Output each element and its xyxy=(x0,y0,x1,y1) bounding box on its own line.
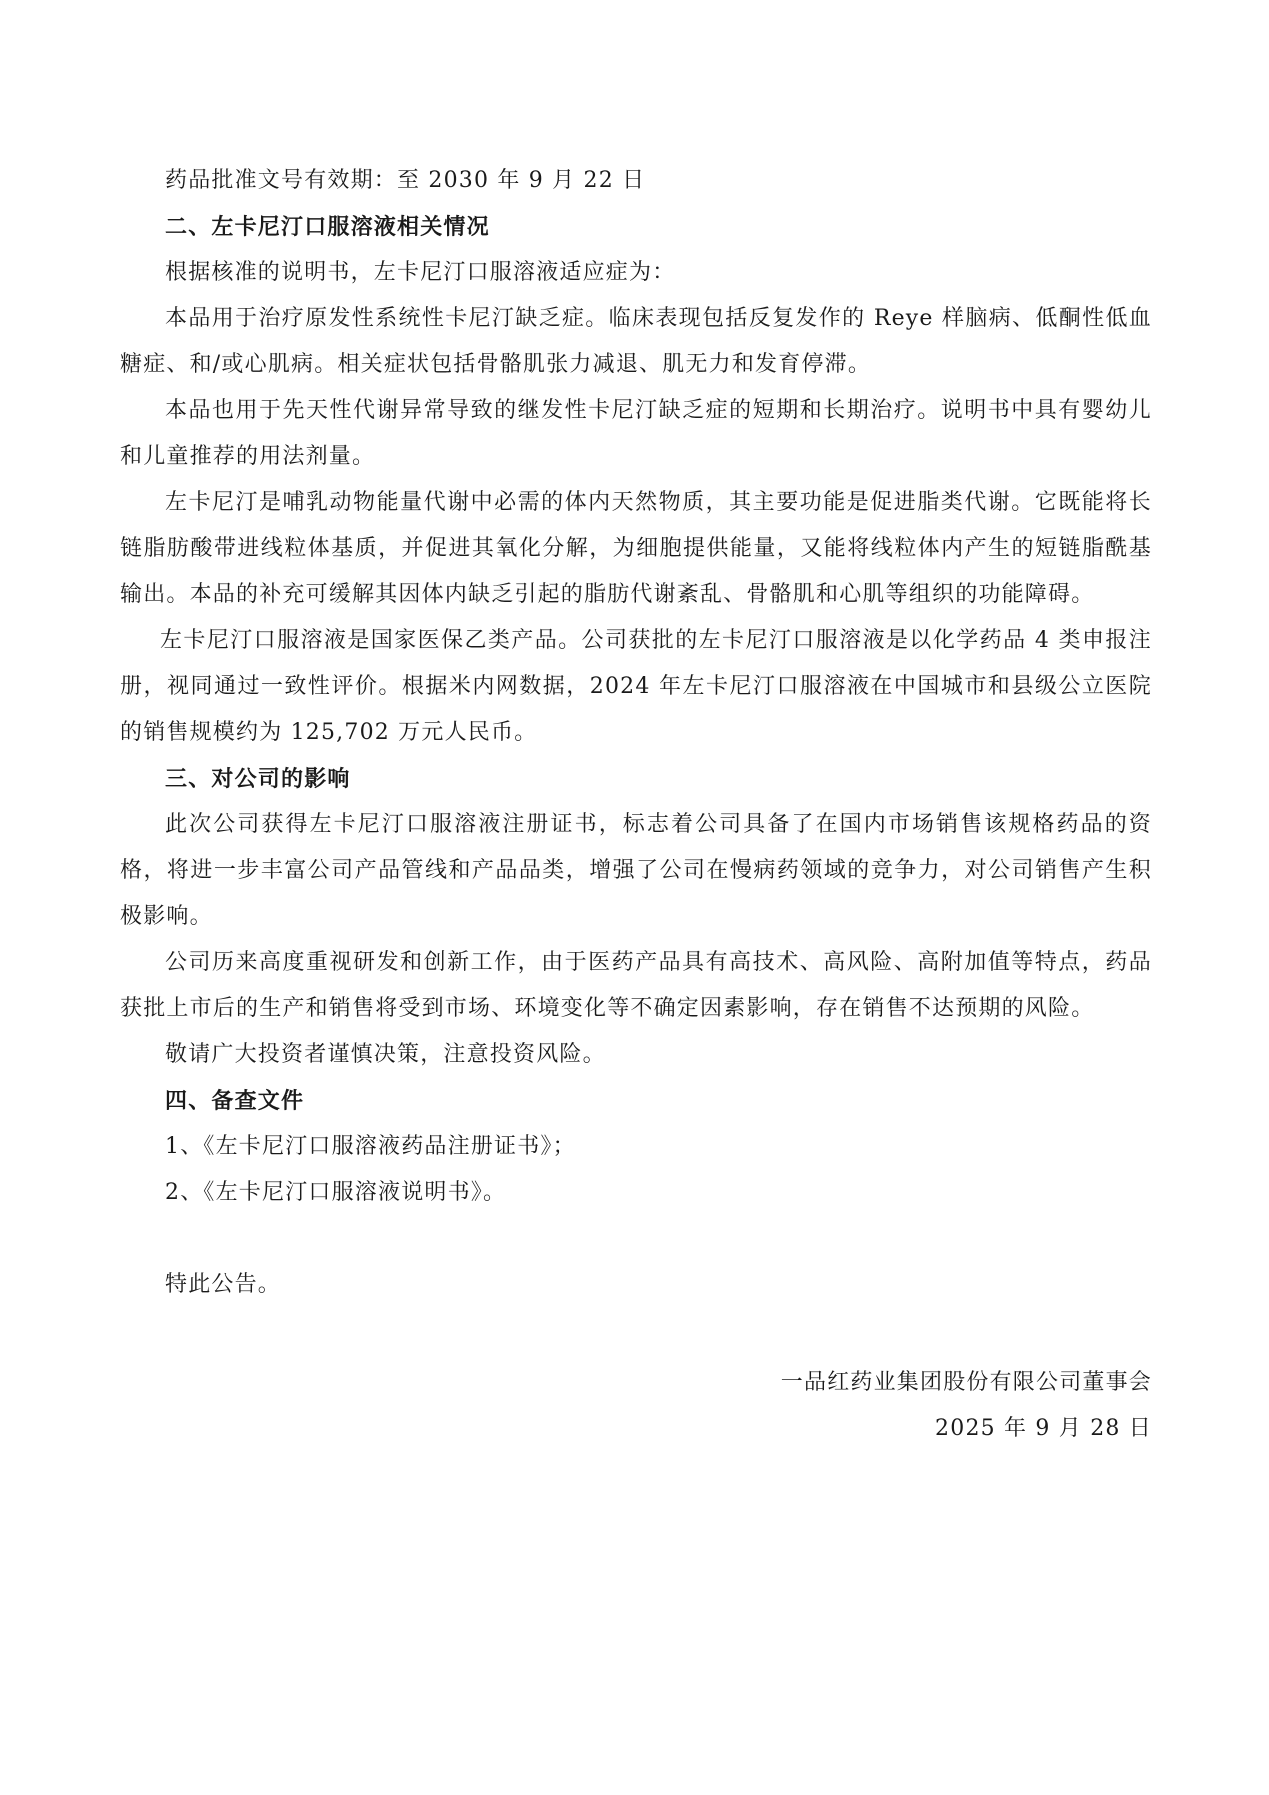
approval-validity: 药品批准文号有效期：至 2030 年 9 月 22 日 xyxy=(120,158,1152,204)
signature-organization: 一品红药业集团股份有限公司董事会 xyxy=(120,1360,1152,1406)
paragraph: 左卡尼汀口服溶液是国家医保乙类产品。公司获批的左卡尼汀口服溶液是以化学药品 4 … xyxy=(120,618,1152,756)
paragraph: 此次公司获得左卡尼汀口服溶液注册证书，标志着公司具备了在国内市场销售该规格药品的… xyxy=(120,802,1152,940)
reference-item: 2、《左卡尼汀口服溶液说明书》。 xyxy=(120,1170,1152,1216)
paragraph: 敬请广大投资者谨慎决策，注意投资风险。 xyxy=(120,1032,1152,1078)
section-heading-3: 三、对公司的影响 xyxy=(120,756,1152,802)
signature-block: 一品红药业集团股份有限公司董事会 2025 年 9 月 28 日 xyxy=(120,1360,1152,1452)
section-heading-4: 四、备查文件 xyxy=(120,1078,1152,1124)
paragraph: 根据核准的说明书，左卡尼汀口服溶液适应症为： xyxy=(120,250,1152,296)
paragraph: 本品用于治疗原发性系统性卡尼汀缺乏症。临床表现包括反复发作的 Reye 样脑病、… xyxy=(120,296,1152,388)
closing-statement: 特此公告。 xyxy=(120,1262,1152,1308)
paragraph: 左卡尼汀是哺乳动物能量代谢中必需的体内天然物质，其主要功能是促进脂类代谢。它既能… xyxy=(120,480,1152,618)
spacer xyxy=(120,1216,1152,1262)
section-heading-2: 二、左卡尼汀口服溶液相关情况 xyxy=(120,204,1152,250)
document-page: 药品批准文号有效期：至 2030 年 9 月 22 日 二、左卡尼汀口服溶液相关… xyxy=(120,158,1152,1452)
signature-date: 2025 年 9 月 28 日 xyxy=(120,1406,1152,1452)
reference-item: 1、《左卡尼汀口服溶液药品注册证书》； xyxy=(120,1124,1152,1170)
paragraph: 公司历来高度重视研发和创新工作，由于医药产品具有高技术、高风险、高附加值等特点，… xyxy=(120,940,1152,1032)
paragraph: 本品也用于先天性代谢异常导致的继发性卡尼汀缺乏症的短期和长期治疗。说明书中具有婴… xyxy=(120,388,1152,480)
